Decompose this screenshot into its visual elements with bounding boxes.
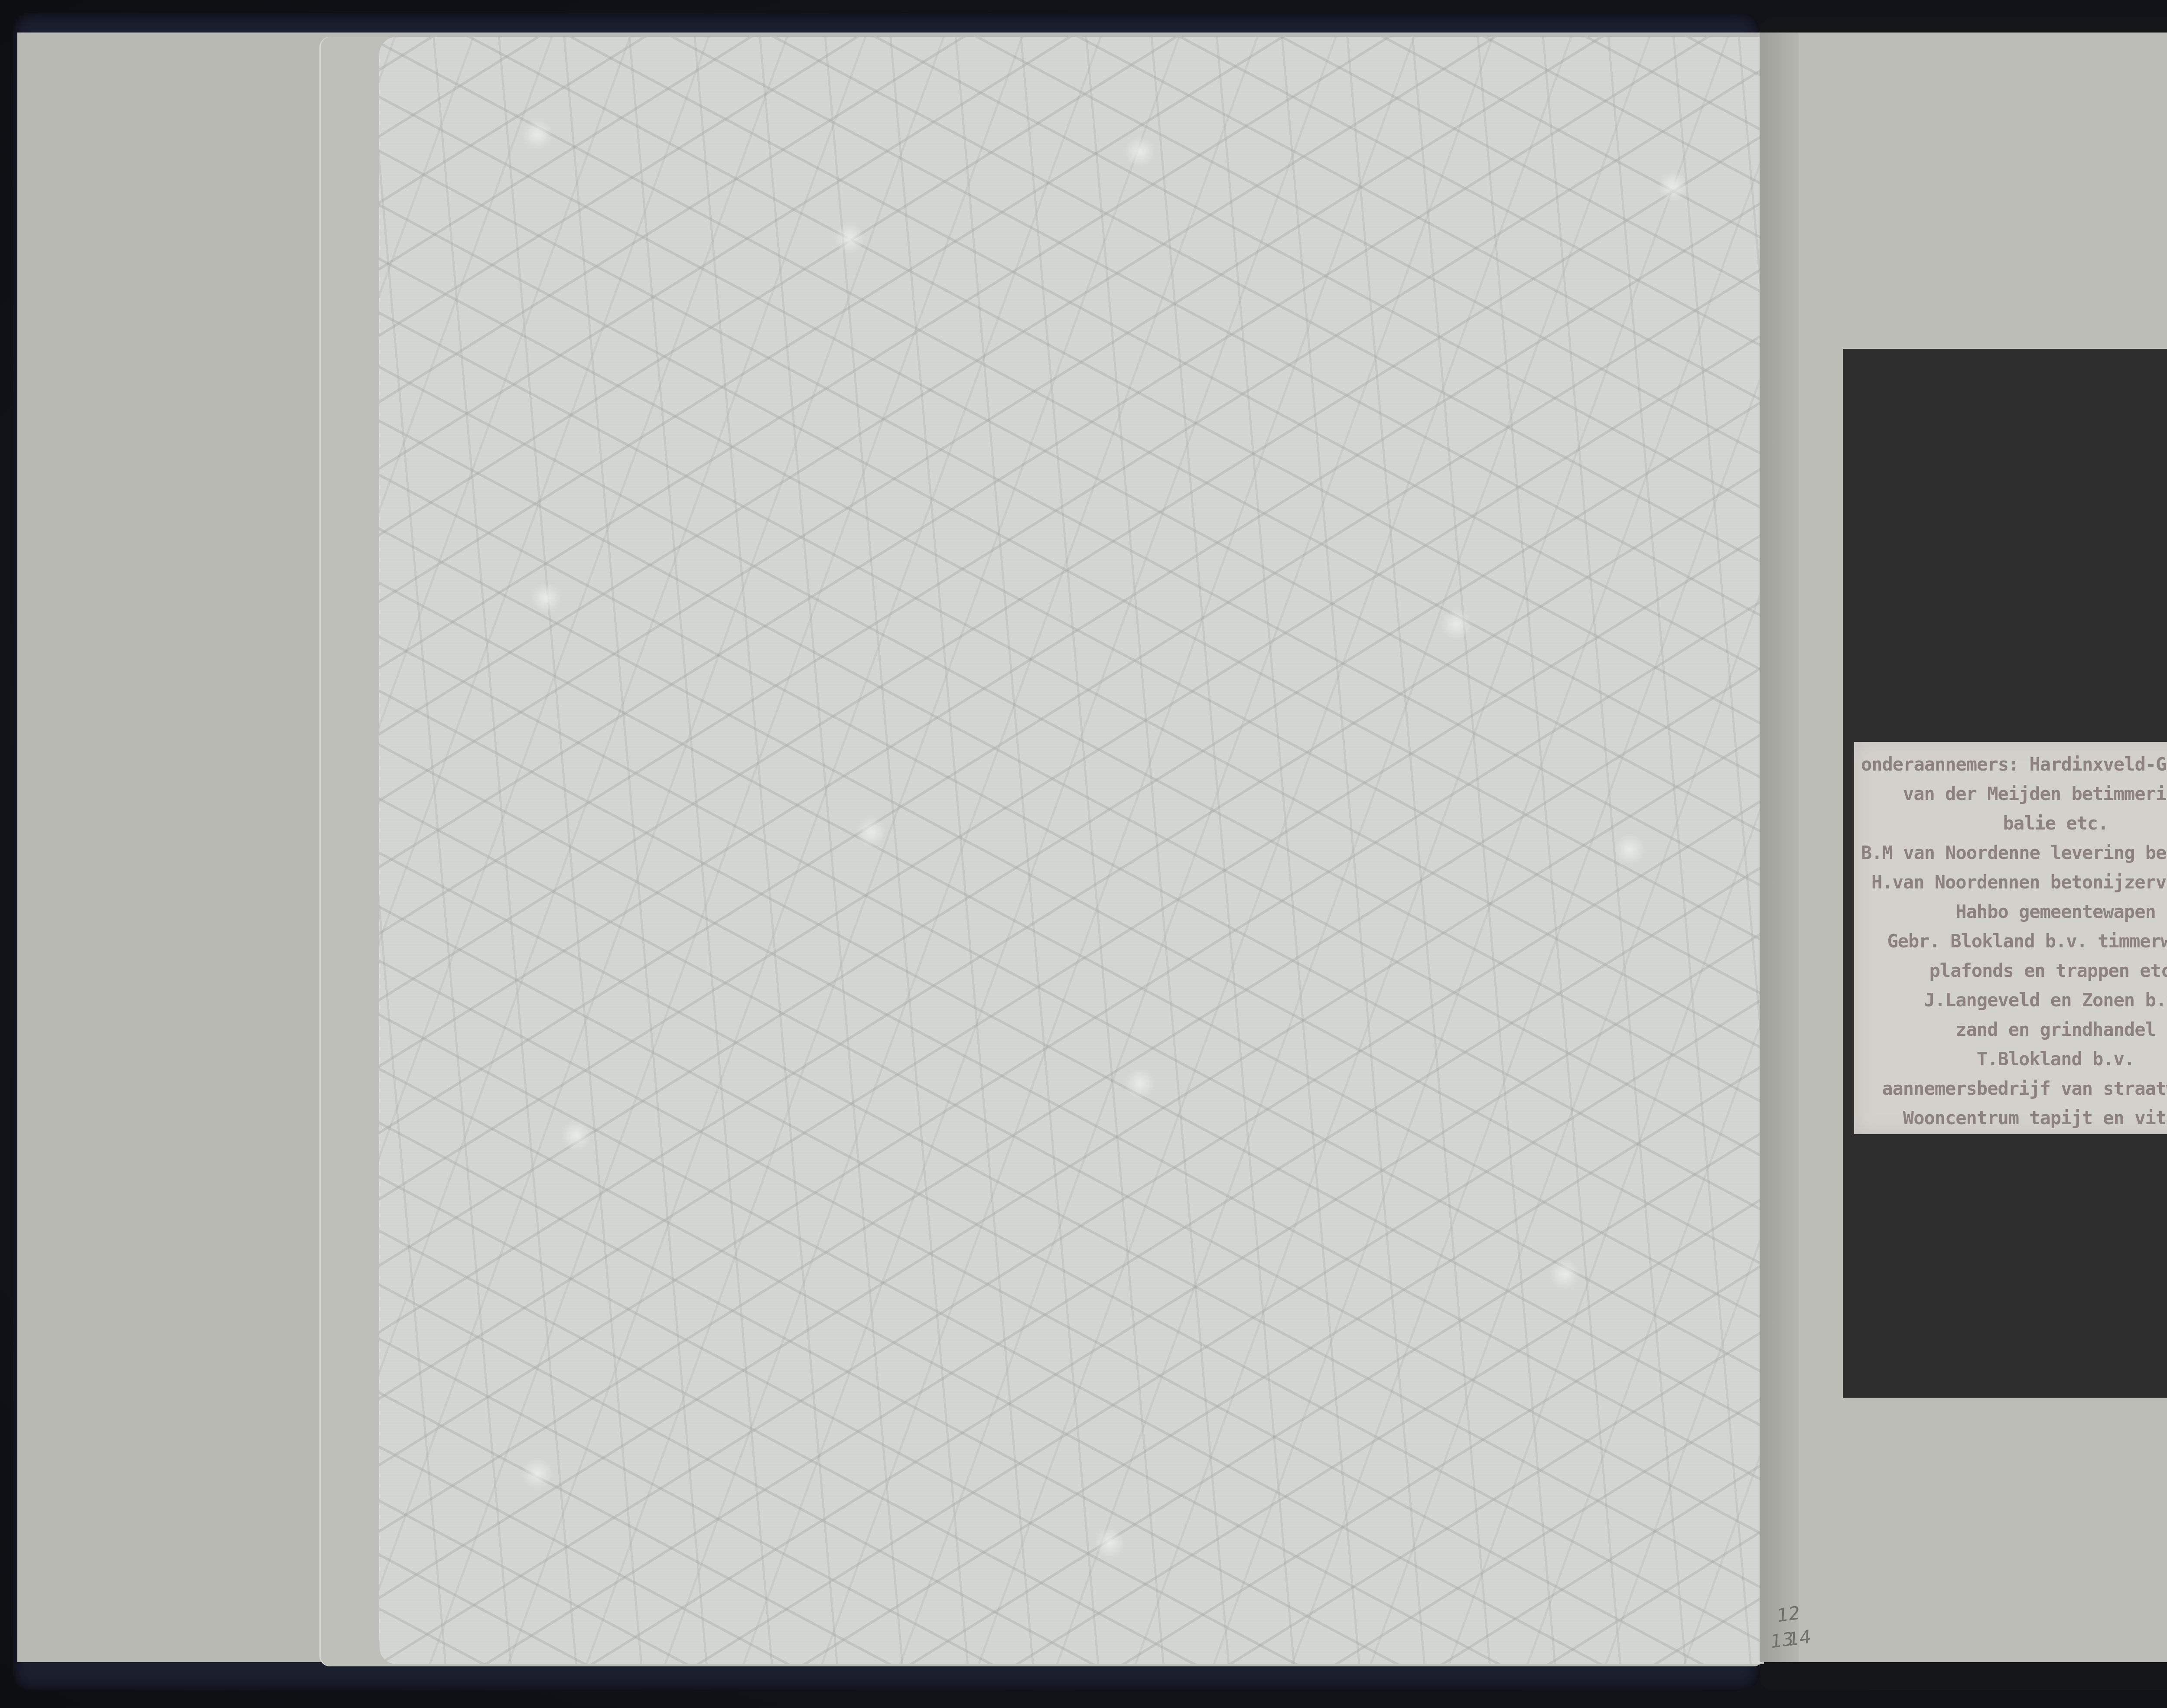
pencil-page-number: 14: [1786, 1626, 1812, 1650]
clipping-line: Wooncentrum tapijt en vitrage: [1861, 1103, 2167, 1133]
web-node-icon: [856, 817, 886, 847]
web-node-icon: [834, 223, 865, 254]
web-node-icon: [522, 119, 553, 150]
web-node-icon: [561, 1120, 592, 1151]
web-node-icon: [1614, 834, 1645, 865]
web-node-icon: [522, 1458, 553, 1489]
web-node-icon: [531, 583, 561, 613]
web-node-icon: [1549, 1259, 1580, 1289]
spider-web-endpaper: [379, 37, 1764, 1664]
clipping-line: zand en grindhandel: [1861, 1015, 2167, 1044]
clipping-line: B.M van Noordenne levering betonstaal: [1861, 838, 2167, 868]
pencil-page-number: 12: [1776, 1602, 1802, 1627]
web-node-icon: [1094, 1528, 1125, 1558]
web-node-icon: [1441, 609, 1471, 639]
clipping-line: onderaannemers: Hardinxveld-Giessendam: [1861, 750, 2167, 779]
clipping-line: H.van Noordennen betonijzervlechter: [1861, 868, 2167, 897]
clipping-line: van der Meijden betimmeringen: [1861, 779, 2167, 809]
clipping-line: Gebr. Blokland b.v. timmerwerken: [1861, 927, 2167, 956]
web-node-icon: [1125, 137, 1155, 167]
clipping-line: J.Langeveld en Zonen b.v.: [1861, 986, 2167, 1015]
clipping-line: T.Blokland b.v.: [1861, 1044, 2167, 1074]
web-node-icon: [1125, 1068, 1155, 1099]
clipping-subcontractors-local: onderaannemers: Hardinxveld-Giessendam v…: [1854, 742, 2167, 1134]
clipping-line: Hahbo gemeentewapen: [1861, 897, 2167, 927]
clipping-line: aannemersbedrijf van straatwerken: [1861, 1074, 2167, 1103]
clipping-line: plafonds en trappen etc.: [1861, 956, 2167, 986]
clipping-line: balie etc.: [1861, 809, 2167, 838]
web-node-icon: [1658, 171, 1688, 202]
